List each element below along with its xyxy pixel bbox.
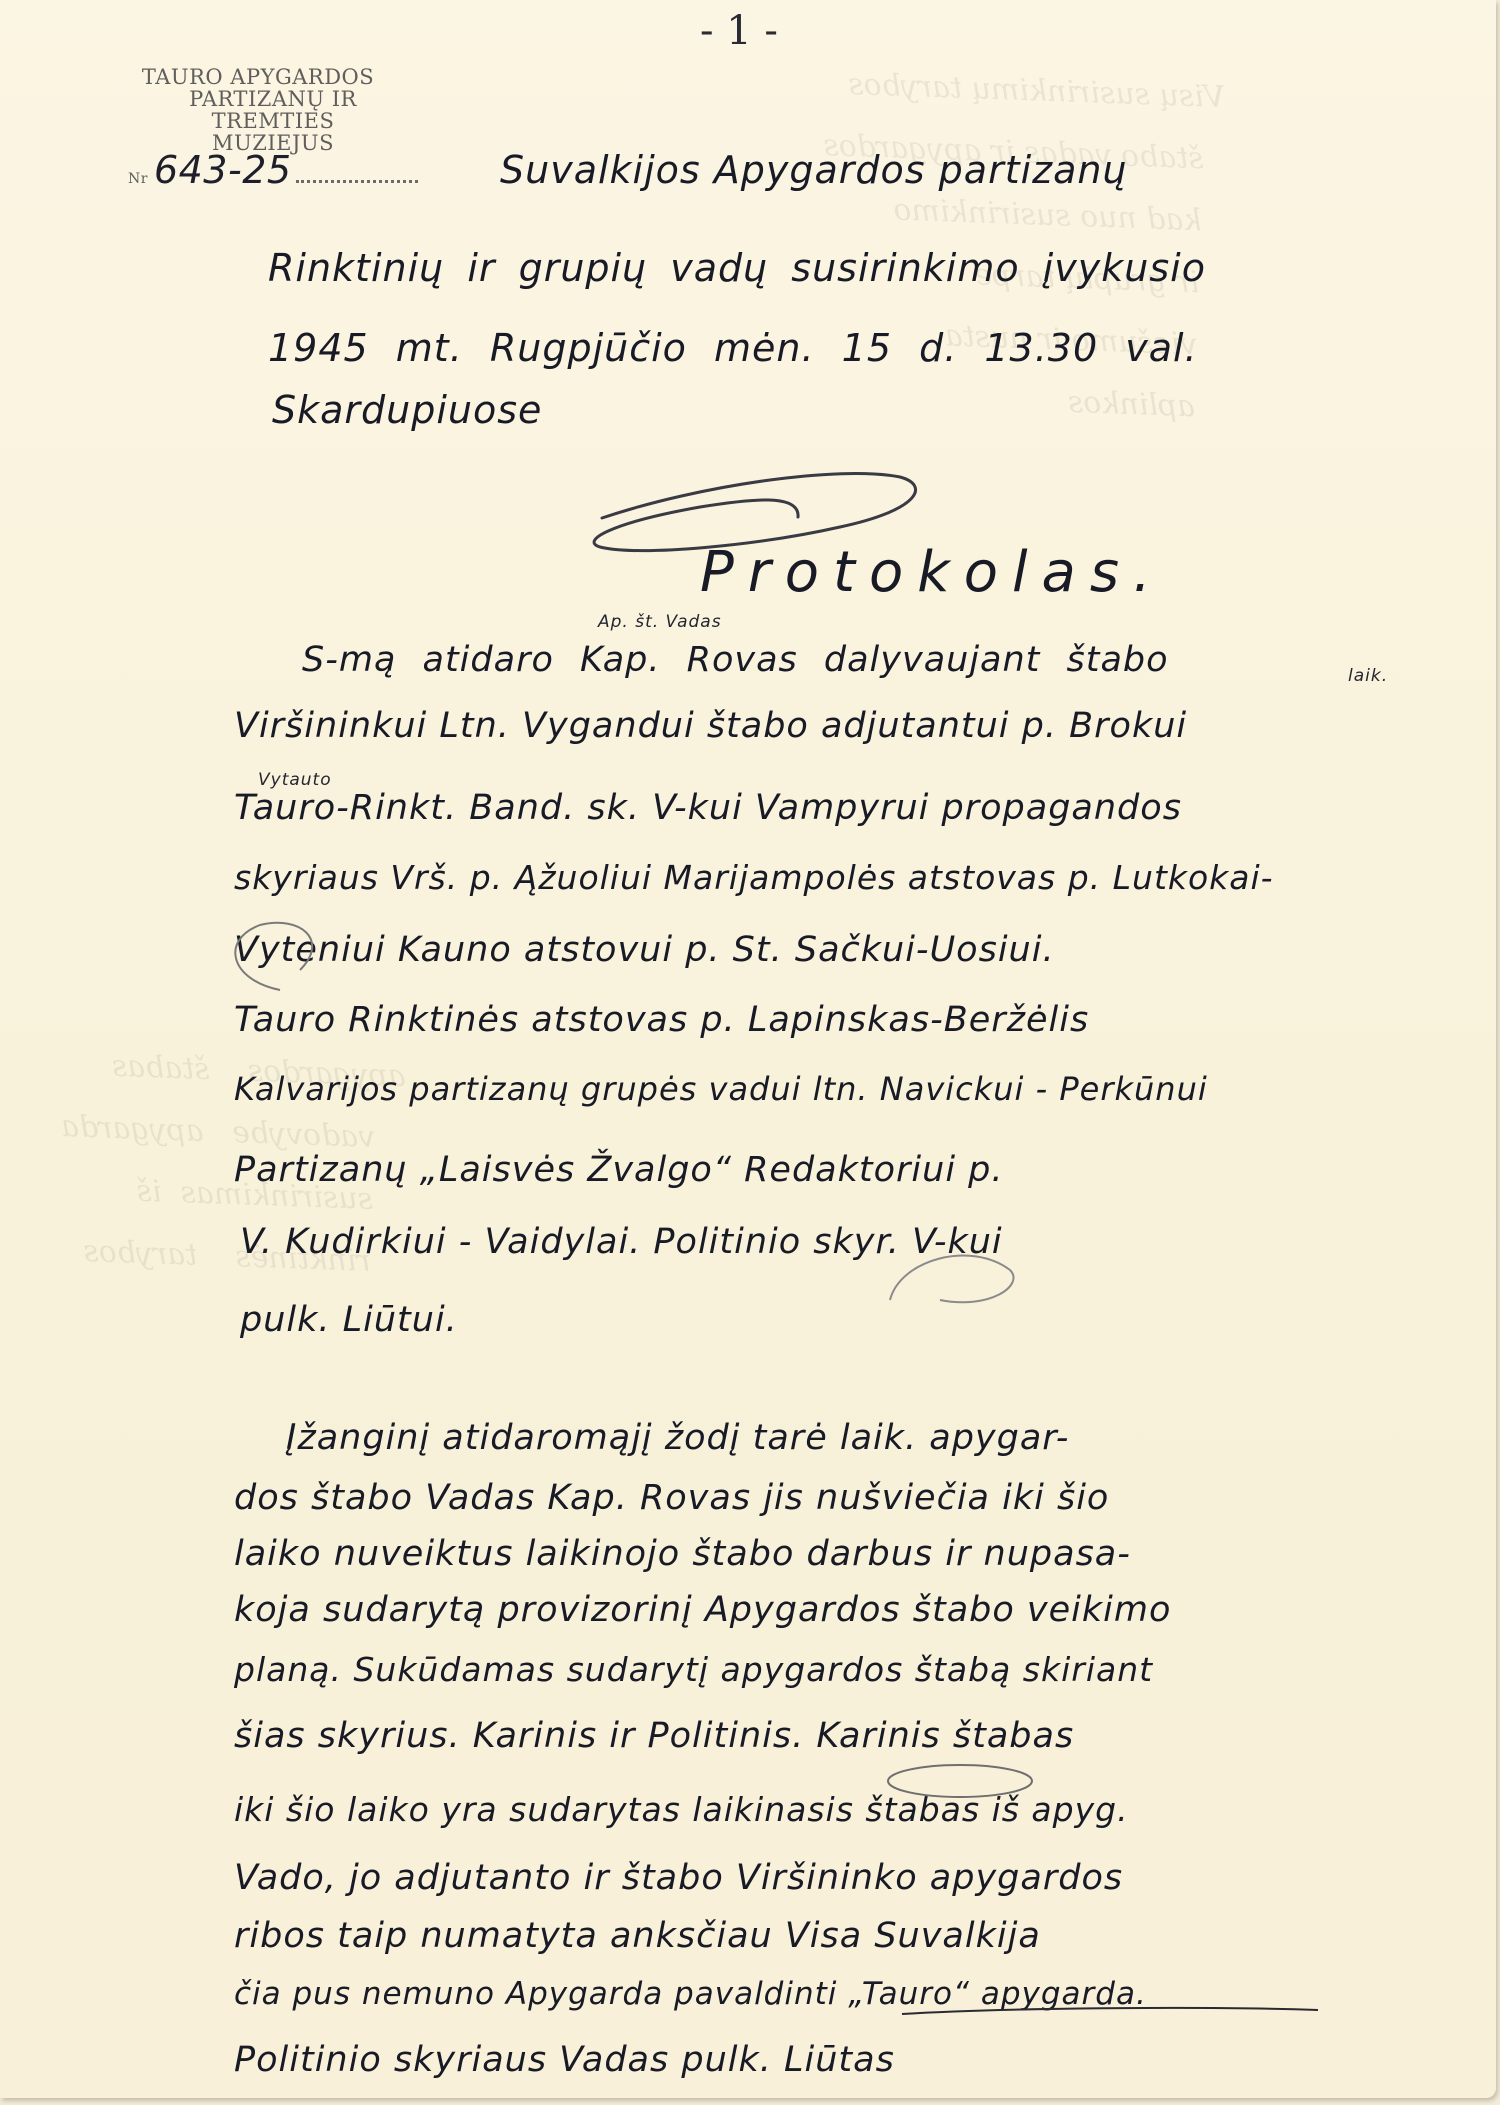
- body-line: Tauro Rinktinės atstovas p. Lapinskas-Be…: [234, 1000, 1089, 1040]
- body-line: šias skyrius. Karinis ir Politinis. Kari…: [234, 1716, 1074, 1756]
- stamp-line-2: PARTIZANŲ IR TREMTIES: [128, 88, 418, 132]
- heading-line-4: Skardupiuose: [272, 388, 542, 432]
- body-line: Viršininkui Ltn. Vygandui štabo adjutant…: [234, 706, 1187, 746]
- body-line: planą. Sukūdamas sudarytį apygardos štab…: [234, 1650, 1153, 1689]
- annotation-ap-st-vadas: Ap. št. Vadas: [598, 612, 722, 632]
- body-line: koja sudarytą provizorinį Apygardos štab…: [234, 1590, 1171, 1630]
- body-line: pulk. Liūtui.: [240, 1300, 458, 1340]
- body-line: dos štabo Vadas Kap. Rovas jis nušviečia…: [234, 1478, 1109, 1518]
- stamp-nr-value: 643-25: [154, 148, 292, 192]
- heading-line-3: 1945 mt. Rugpjūčio mėn. 15 d. 13.30 val.: [268, 326, 1198, 370]
- document-title: Protokolas.: [700, 540, 1165, 605]
- body-line: Įžanginį atidaromąjį žodį tarė laik. apy…: [286, 1418, 1069, 1458]
- body-line: iki šio laiko yra sudarytas laikinasis š…: [234, 1790, 1129, 1829]
- body-line: ribos taip numatyta anksčiau Visa Suvalk…: [234, 1916, 1041, 1956]
- stamp-inventory-number: Nr 643-25: [128, 148, 418, 192]
- annotation-laik: laik.: [1348, 666, 1388, 686]
- heading-line-1: Suvalkijos Apygardos partizanų: [500, 148, 1128, 192]
- body-line: Kalvarijos partizanų grupės vadui ltn. N…: [234, 1070, 1208, 1108]
- body-line: laiko nuveiktus laikinojo štabo darbus i…: [234, 1534, 1131, 1574]
- body-line: V. Kudirkiui - Vaidylai. Politinio skyr.…: [240, 1222, 1003, 1262]
- museum-stamp: TAURO APYGARDOS PARTIZANŲ IR TREMTIES MU…: [128, 66, 418, 192]
- body-line: Politinio skyriaus Vadas pulk. Liūtas: [234, 2040, 895, 2080]
- body-line: Partizanų „Laisvės Žvalgo“ Redaktoriui p…: [234, 1150, 1004, 1190]
- stamp-nr-prefix: Nr: [128, 171, 148, 187]
- document-page: Visų susirinkimų tarybos štabo vadas ir …: [0, 0, 1496, 2098]
- stamp-dotted-line: [296, 172, 418, 183]
- stamp-line-1: TAURO APYGARDOS: [98, 66, 418, 88]
- body-line: Tauro-Rinkt. Band. sk. V-kui Vampyrui pr…: [234, 788, 1182, 828]
- body-line: čia pus nemuno Apygarda pavaldinti „Taur…: [234, 1976, 1147, 2012]
- body-line: Vado, jo adjutanto ir štabo Viršininko a…: [234, 1858, 1123, 1898]
- page-number: - 1 -: [700, 8, 778, 54]
- body-line: S-mą atidaro Kap. Rovas dalyvaujant štab…: [302, 640, 1169, 680]
- body-line: skyriaus Vrš. p. Ąžuoliui Marijampolės a…: [234, 858, 1274, 897]
- body-line: Vyteniui Kauno atstovui p. St. Sačkui-Uo…: [234, 930, 1055, 970]
- annotation-vytauto: Vytauto: [258, 770, 332, 790]
- heading-line-2: Rinktinių ir grupių vadų susirinkimo įvy…: [268, 246, 1206, 290]
